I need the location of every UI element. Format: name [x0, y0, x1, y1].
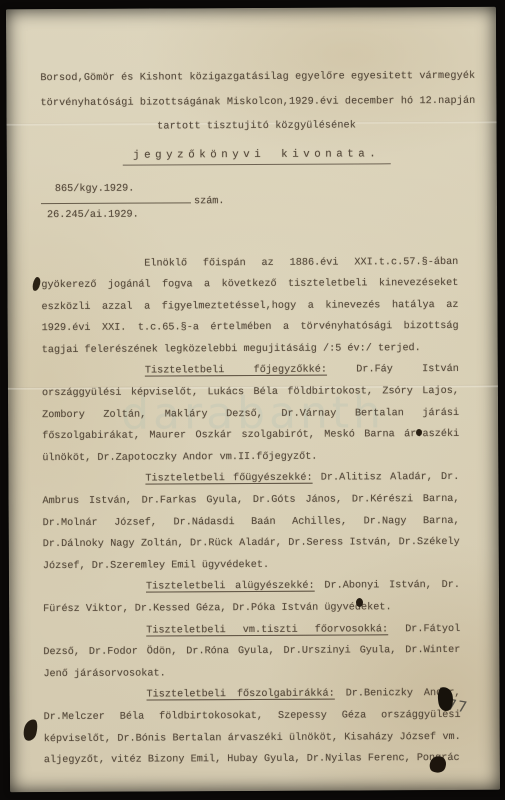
reference-label: szám. — [194, 195, 225, 208]
paragraph-foszolgabirak: Tiszteletbeli főszolgabirákká: Dr.Benicz… — [43, 683, 460, 772]
paragraph-text: Elnöklő főispán az 1886.évi XXI.t.c.57.§… — [41, 256, 458, 356]
fraction-line — [41, 202, 191, 204]
header-line-2: törvényhatósági bizottságának Miskolcon,… — [40, 89, 472, 116]
pencil-page-number: 77 — [446, 695, 470, 716]
reference-number-block: 865/kgy.1929. szám. 26.245/ai.1929. — [41, 180, 473, 221]
paragraph-text: Dr.Fáy István országgyülési képviselőt, … — [42, 364, 459, 464]
paragraph-fojegyzok: Tiszteletbeli főjegyzőkké: Dr.Fáy István… — [42, 359, 460, 469]
title-wrap: jegyzőkönyvi kivonata. — [41, 147, 473, 165]
paragraph-heading: Tiszteletbeli vm.tiszti főorvosokká: — [146, 624, 388, 636]
paragraph-heading: Tiszteletbeli főügyészekké: — [145, 473, 312, 485]
document-header: Borsod,Gömör és Kishont közigazgatásilag… — [40, 65, 472, 141]
page-title: jegyzőkönyvi kivonata. — [123, 148, 390, 165]
paragraph-foorvosok: Tiszteletbeli vm.tiszti főorvosokká: Dr.… — [43, 619, 460, 686]
reference-denominator: 26.245/ai.1929. — [41, 206, 473, 221]
header-line-3: tartott tisztujitó közgyülésének — [41, 114, 473, 141]
document-photo: darabanth Borsod,Gömör és Kishont köziga… — [0, 0, 505, 800]
document-body: Elnöklő főispán az 1886.évi XXI.t.c.57.§… — [41, 251, 461, 771]
paragraph-intro: Elnöklő főispán az 1886.évi XXI.t.c.57.§… — [41, 251, 459, 361]
paragraph-alugyeszek: Tiszteletbeli alügyészekké: Dr.Abonyi Is… — [43, 575, 460, 620]
paragraph-text: Dr.Alitisz Aladár, Dr. Ambrus István, Dr… — [43, 472, 460, 572]
paper-sheet: darabanth Borsod,Gömör és Kishont köziga… — [6, 7, 500, 793]
header-line-1: Borsod,Gömör és Kishont közigazgatásilag… — [40, 65, 472, 92]
document-content: Borsod,Gömör és Kishont közigazgatásilag… — [6, 7, 500, 772]
paragraph-fougyeszek: Tiszteletbeli főügyészekké: Dr.Alitisz A… — [42, 467, 460, 577]
paragraph-heading: Tiszteletbeli alügyészekké: — [146, 581, 315, 593]
paragraph-heading: Tiszteletbeli főszolgabirákká: — [147, 689, 335, 701]
paragraph-heading: Tiszteletbeli főjegyzőkké: — [145, 365, 327, 377]
